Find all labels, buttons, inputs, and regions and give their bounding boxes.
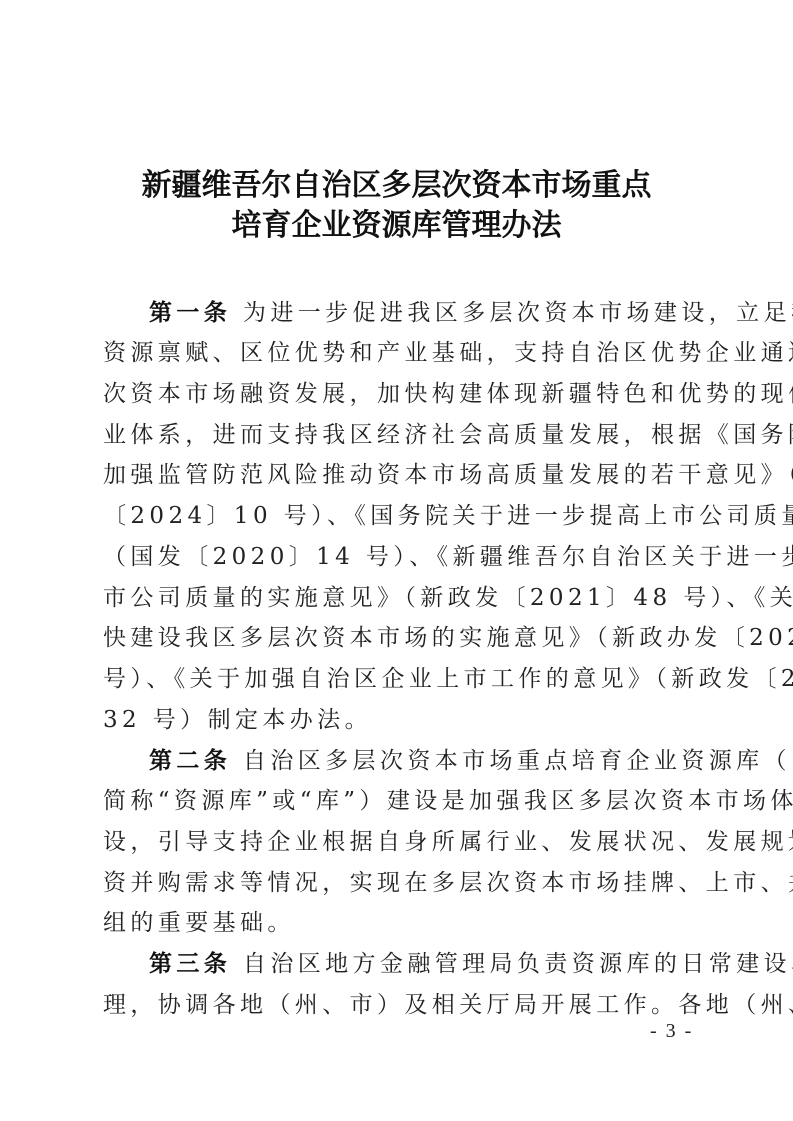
article-3-text: 自治区地方金融管理局负责资源库的日常建设、管 [243,951,793,977]
article-1-first-line: 第一条 为进一步促进我区多层次资本市场建设，立足我区 [149,293,793,333]
document-page: 新疆维吾尔自治区多层次资本市场重点 培育企业资源库管理办法 第一条 为进一步促进… [0,0,793,1121]
document-title-line-2: 培育企业资源库管理办法 [0,206,793,246]
document-title-line-1: 新疆维吾尔自治区多层次资本市场重点 [0,166,793,206]
article-2-line: 组的重要基础。 [103,903,295,943]
article-1-line: 号）、《关于加强自治区企业上市工作的意见》（新政发〔2008〕 [103,659,793,699]
article-1-line: 快建设我区多层次资本市场的实施意见》（新政办发〔2020〕31 [103,618,793,658]
article-1-text: 为进一步促进我区多层次资本市场建设，立足我区 [243,300,793,326]
article-1-line: 32 号）制定本办法。 [103,700,372,740]
article-3-line: 理，协调各地（州、市）及相关厅局开展工作。各地（州、市） [103,985,793,1025]
article-2-line: 设，引导支持企业根据自身所属行业、发展状况、发展规划、融 [103,822,793,862]
article-1-line: 加强监管防范风险推动资本市场高质量发展的若干意见》（国发 [103,455,793,495]
article-1-label: 第一条 [149,299,231,326]
article-3-first-line: 第三条 自治区地方金融管理局负责资源库的日常建设、管 [149,944,793,984]
article-1-line: 业体系，进而支持我区经济社会高质量发展，根据《国务院关于 [103,415,793,455]
article-1-line: 资源禀赋、区位优势和产业基础，支持自治区优势企业通过多层 [103,333,793,373]
article-3-label: 第三条 [149,950,231,977]
article-1-line: （国发〔2020〕14 号）、《新疆维吾尔自治区关于进一步提高上 [103,537,793,577]
article-1-line: 次资本市场融资发展，加快构建体现新疆特色和优势的现代化产 [103,374,793,414]
page-number: - 3 - [650,1020,693,1043]
article-2-text: 自治区多层次资本市场重点培育企业资源库（以下 [243,748,793,774]
article-1-line: 市公司质量的实施意见》（新政发〔2021〕48 号）、《关于当前加 [103,578,793,618]
article-2-first-line: 第二条 自治区多层次资本市场重点培育企业资源库（以下 [149,741,793,781]
article-2-line: 简称“资源库”或“库”）建设是加强我区多层次资本市场体系建 [103,781,793,821]
article-2-line: 资并购需求等情况，实现在多层次资本市场挂牌、上市、并购重 [103,863,793,903]
article-1-line: 〔2024〕10 号）、《国务院关于进一步提高上市公司质量的意见》 [103,496,793,536]
article-2-label: 第二条 [149,747,231,774]
